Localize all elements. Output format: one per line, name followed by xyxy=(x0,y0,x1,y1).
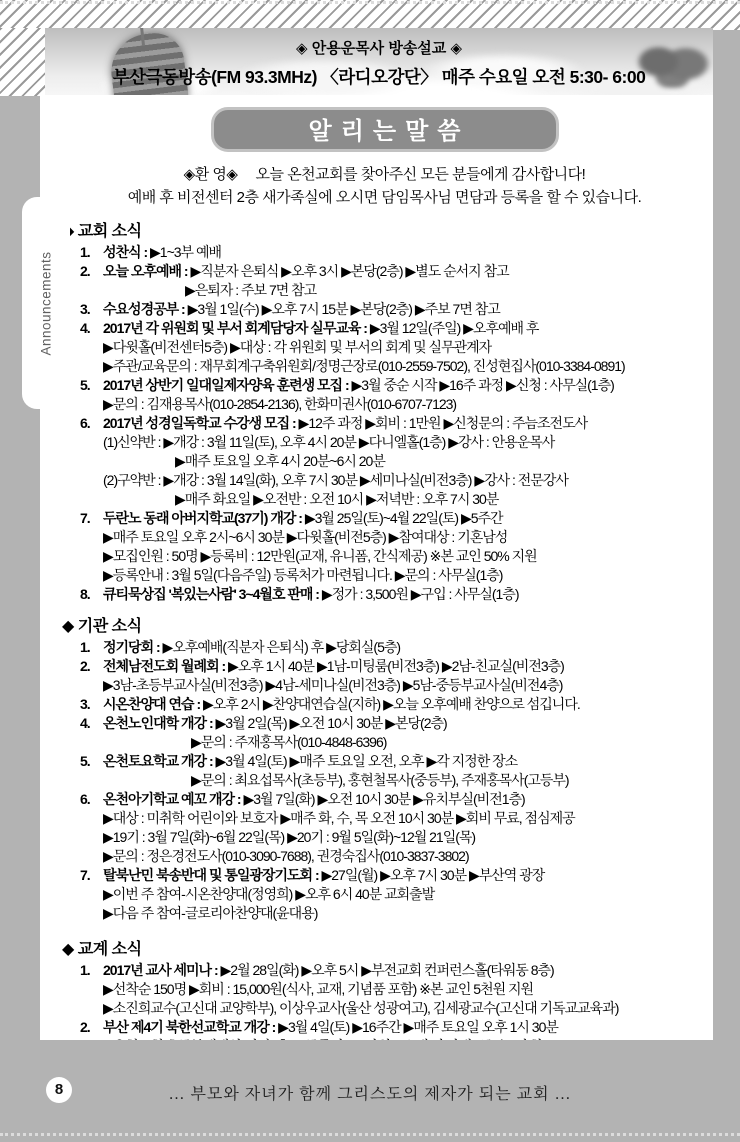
item-detail: ▶3월 12일(주일) ▶오후예배 후 xyxy=(367,320,539,336)
item-number: 8. xyxy=(80,585,103,604)
item-title: 온천아기학교 예꼬 개강 : xyxy=(103,791,241,807)
item-sub-line: ▶매주 토요일 오후 4시 20분~6시 20분 xyxy=(175,452,707,471)
item-sub-line: ▶매주 화요일 ▶오전반 : 오전 10시 ▶저녁반 : 오후 7시 30분 xyxy=(175,490,707,509)
item-number: 4. xyxy=(80,714,103,733)
item-body: 부산 제4기 북한선교학교 개강 : ▶3월 4일(토) ▶16주간 ▶매주 토… xyxy=(103,1018,707,1040)
item-number: 3. xyxy=(80,695,103,714)
item-sub-line: (2)구약반 : ▶개강 : 3월 14일(화), 오후 7시 30분 ▶세미나… xyxy=(103,471,707,490)
item-main-line: 수요성경공부 : ▶3월 1일(수) ▶오후 7시 15분 ▶본당(2층) ▶주… xyxy=(103,300,707,319)
item-detail: ▶3월 25일(토)~4월 22일(토) ▶5주간 xyxy=(302,510,503,526)
item-detail: ▶오후 2시 ▶찬양대연습실(지하) ▶오늘 오후예배 찬양으로 섬깁니다. xyxy=(200,696,580,712)
bulletin-sheet: 알리는말씀 ◈환 영◈ 오늘 온천교회를 찾아주신 모든 분들에게 감사합니다!… xyxy=(40,95,713,1040)
item-number: 2. xyxy=(80,1018,103,1037)
item-main-line: 정기당회 : ▶오후예배(직분자 은퇴식) 후 ▶당회실(5층) xyxy=(103,638,707,657)
item-title: 2017년 상반기 일대일제자양육 훈련생 모집 : xyxy=(103,377,349,393)
item-body: 큐티묵상집 '복있는사람' 3~4월호 판매 : ▶정가 : 3,500원 ▶구… xyxy=(103,585,707,604)
announcement-item: 7.탈북난민 북송반대 및 통일광장기도회 : ▶27일(월) ▶오후 7시 3… xyxy=(80,866,707,923)
announcement-item: 2.전체남전도회 월례회 : ▶오후 1시 40분 ▶1남-미팅룸(비전3층) … xyxy=(80,657,707,695)
announcement-item: 8.큐티묵상집 '복있는사람' 3~4월호 판매 : ▶정가 : 3,500원 … xyxy=(80,585,707,604)
item-detail: ▶3월 2일(목) ▶오전 10시 30분 ▶본당(2층) xyxy=(213,715,447,731)
announcement-sections: ◆ 교회 소식1.성찬식 : ▶1~3부 예배2.오늘 오후예배 : ▶직분자 … xyxy=(62,218,707,1040)
welcome-block: ◈환 영◈ 오늘 온천교회를 찾아주신 모든 분들에게 감사합니다! 예배 후 … xyxy=(62,163,707,209)
item-detail: ▶정가 : 3,500원 ▶구입 : 사무실(1층) xyxy=(319,586,519,602)
announcement-item: 1.2017년 교사 세미나 : ▶2월 28일(화) ▶오후 5시 ▶부전교회… xyxy=(80,961,707,1018)
item-main-line: 전체남전도회 월례회 : ▶오후 1시 40분 ▶1남-미팅룸(비전3층) ▶2… xyxy=(103,657,707,676)
announcement-item: 4.2017년 각 위원회 및 부서 회계담당자 실무교육 : ▶3월 12일(… xyxy=(80,319,707,376)
item-number: 2. xyxy=(80,657,103,676)
item-number: 6. xyxy=(80,414,103,433)
item-number: 1. xyxy=(80,638,103,657)
item-body: 온천아기학교 예꼬 개강 : ▶3월 7일(화) ▶오전 10시 30분 ▶유치… xyxy=(103,790,707,866)
item-detail: ▶3월 7일(화) ▶오전 10시 30분 ▶유치부실(비전1층) xyxy=(241,791,525,807)
item-sub-line: ▶온천교회 초등부예배실(비전3층) ▶등록비 : 15만원 ▶소개 및 안내 … xyxy=(103,1037,707,1040)
item-body: 2017년 상반기 일대일제자양육 훈련생 모집 : ▶3월 중순 시작 ▶16… xyxy=(103,376,707,414)
page-title: 알리는말씀 xyxy=(211,107,559,152)
item-main-line: 온천토요학교 개강 : ▶3월 4일(토) ▶매주 토요일 오전, 오후 ▶각 … xyxy=(103,752,707,771)
item-main-line: 두란노 동래 아버지학교(37기) 개강 : ▶3월 25일(토)~4월 22일… xyxy=(103,509,707,528)
announcement-item: 2.오늘 오후예배 : ▶직분자 은퇴식 ▶오후 3시 ▶본당(2층) ▶별도 … xyxy=(80,262,707,300)
item-title: 시온찬양대 연습 : xyxy=(103,696,200,712)
section: ◆ 교계 소식1.2017년 교사 세미나 : ▶2월 28일(화) ▶오후 5… xyxy=(62,936,707,1040)
item-body: 성찬식 : ▶1~3부 예배 xyxy=(103,243,707,262)
item-sub-line: ▶문의 : 최요섭목사(초등부), 홍현철목사(중등부), 주재홍목사(고등부) xyxy=(191,771,707,790)
announcement-item: 5.온천토요학교 개강 : ▶3월 4일(토) ▶매주 토요일 오전, 오후 ▶… xyxy=(80,752,707,790)
item-detail: ▶직분자 은퇴식 ▶오후 3시 ▶본당(2층) ▶별도 순서지 참고 xyxy=(188,263,509,279)
item-body: 전체남전도회 월례회 : ▶오후 1시 40분 ▶1남-미팅룸(비전3층) ▶2… xyxy=(103,657,707,695)
item-body: 오늘 오후예배 : ▶직분자 은퇴식 ▶오후 3시 ▶본당(2층) ▶별도 순서… xyxy=(103,262,707,300)
item-body: 온천토요학교 개강 : ▶3월 4일(토) ▶매주 토요일 오전, 오후 ▶각 … xyxy=(103,752,707,790)
item-body: 2017년 교사 세미나 : ▶2월 28일(화) ▶오후 5시 ▶부전교회 컨… xyxy=(103,961,707,1018)
item-main-line: 2017년 상반기 일대일제자양육 훈련생 모집 : ▶3월 중순 시작 ▶16… xyxy=(103,376,707,395)
item-detail: ▶3월 4일(토) ▶매주 토요일 오전, 오후 ▶각 지정한 장소 xyxy=(213,753,518,769)
announcement-item: 7.두란노 동래 아버지학교(37기) 개강 : ▶3월 25일(토)~4월 2… xyxy=(80,509,707,585)
item-title: 2017년 교사 세미나 : xyxy=(103,962,218,978)
section-items: 1.정기당회 : ▶오후예배(직분자 은퇴식) 후 ▶당회실(5층)2.전체남전… xyxy=(62,638,707,923)
item-number: 7. xyxy=(80,509,103,528)
announcement-item: 3.시온찬양대 연습 : ▶오후 2시 ▶찬양대연습실(지하) ▶오늘 오후예배… xyxy=(80,695,707,714)
item-sub-line: ▶모집인원 : 50명 ▶등록비 : 12만원(교재, 유니폼, 간식제공) ※… xyxy=(103,547,707,566)
announcement-item: 1.성찬식 : ▶1~3부 예배 xyxy=(80,243,707,262)
sidebar-tab-announcements: Announcements xyxy=(22,197,70,409)
item-title: 두란노 동래 아버지학교(37기) 개강 : xyxy=(103,510,302,526)
header-photo-banner: ◈ 안용운목사 방송설교 ◈ 부산극동방송(FM 93.3MHz) 〈라디오강단… xyxy=(45,28,713,96)
welcome-line-1: ◈환 영◈ 오늘 온천교회를 찾아주신 모든 분들에게 감사합니다! xyxy=(62,163,707,186)
announcement-item: 1.정기당회 : ▶오후예배(직분자 은퇴식) 후 ▶당회실(5층) xyxy=(80,638,707,657)
item-detail: ▶1~3부 예배 xyxy=(147,244,221,260)
item-sub-line: ▶대상 : 미취학 어린이와 보호자 ▶매주 화, 수, 목 오전 10시 30… xyxy=(103,809,707,828)
item-number: 5. xyxy=(80,752,103,771)
item-title: 온천노인대학 개강 : xyxy=(103,715,213,731)
broadcast-schedule: 부산극동방송(FM 93.3MHz) 〈라디오강단〉 매주 수요일 오전 5:3… xyxy=(45,64,713,89)
item-sub-line: ▶다윗홀(비전센터5층) ▶대상 : 각 위원회 및 부서의 회계 및 실무관계… xyxy=(103,338,707,357)
item-detail: ▶27일(월) ▶오후 7시 30분 ▶부산역 광장 xyxy=(319,867,545,883)
item-detail: ▶12주 과정 ▶회비 : 1만원 ▶신청문의 : 주늠조전도사 xyxy=(296,415,587,431)
item-main-line: 성찬식 : ▶1~3부 예배 xyxy=(103,243,707,262)
item-number: 1. xyxy=(80,961,103,980)
section: ◆ 기관 소식1.정기당회 : ▶오후예배(직분자 은퇴식) 후 ▶당회실(5층… xyxy=(62,613,707,923)
item-main-line: 탈북난민 북송반대 및 통일광장기도회 : ▶27일(월) ▶오후 7시 30분… xyxy=(103,866,707,885)
dotted-line-bottom xyxy=(0,1133,740,1136)
announcement-item: 5.2017년 상반기 일대일제자양육 훈련생 모집 : ▶3월 중순 시작 ▶… xyxy=(80,376,707,414)
item-body: 탈북난민 북송반대 및 통일광장기도회 : ▶27일(월) ▶오후 7시 30분… xyxy=(103,866,707,923)
item-title: 성찬식 : xyxy=(103,244,147,260)
item-number: 3. xyxy=(80,300,103,319)
item-sub-line: ▶소진희교수(고신대 교양학부), 이상우교사(울산 성광여고), 김세광교수(… xyxy=(103,999,707,1018)
item-detail: ▶오후 1시 40분 ▶1남-미팅룸(비전3층) ▶2남-친교실(비전3층) xyxy=(225,658,564,674)
announcement-item: 6.온천아기학교 예꼬 개강 : ▶3월 7일(화) ▶오전 10시 30분 ▶… xyxy=(80,790,707,866)
item-number: 2. xyxy=(80,262,103,281)
item-title: 탈북난민 북송반대 및 통일광장기도회 : xyxy=(103,867,319,883)
item-sub-line: ▶등록안내 : 3월 5일(다음주일) 등록처가 마련됩니다. ▶문의 : 사무… xyxy=(103,566,707,585)
broadcast-sermon-title: ◈ 안용운목사 방송설교 ◈ xyxy=(45,37,713,58)
item-sub-line: ▶매주 토요일 오후 2시~6시 30분 ▶다윗홀(비전5층) ▶참여대상 : … xyxy=(103,528,707,547)
item-main-line: 부산 제4기 북한선교학교 개강 : ▶3월 4일(토) ▶16주간 ▶매주 토… xyxy=(103,1018,707,1037)
item-number: 5. xyxy=(80,376,103,395)
item-sub-line: ▶문의 : 주재홍목사(010-4848-6396) xyxy=(191,733,707,752)
item-number: 6. xyxy=(80,790,103,809)
item-main-line: 2017년 각 위원회 및 부서 회계담당자 실무교육 : ▶3월 12일(주일… xyxy=(103,319,707,338)
item-body: 두란노 동래 아버지학교(37기) 개강 : ▶3월 25일(토)~4월 22일… xyxy=(103,509,707,585)
item-sub-line: ▶문의 : 김재용목사(010-2854-2136), 한화미권사(010-67… xyxy=(103,395,707,414)
item-main-line: 온천노인대학 개강 : ▶3월 2일(목) ▶오전 10시 30분 ▶본당(2층… xyxy=(103,714,707,733)
item-main-line: 온천아기학교 예꼬 개강 : ▶3월 7일(화) ▶오전 10시 30분 ▶유치… xyxy=(103,790,707,809)
item-sub-line: ▶문의 : 정은경전도사(010-3090-7688), 권경숙집사(010-3… xyxy=(103,847,707,866)
announcement-item: 2.부산 제4기 북한선교학교 개강 : ▶3월 4일(토) ▶16주간 ▶매주… xyxy=(80,1018,707,1040)
item-title: 부산 제4기 북한선교학교 개강 : xyxy=(103,1019,275,1035)
announcement-item: 3.수요성경공부 : ▶3월 1일(수) ▶오후 7시 15분 ▶본당(2층) … xyxy=(80,300,707,319)
item-title: 정기당회 : xyxy=(103,639,160,655)
item-sub-line: ▶3남-초등부교사실(비전3층) ▶4남-세미나실(비전3층) ▶5남-중등부교… xyxy=(103,676,707,695)
item-sub-line: (1)신약반 : ▶개강 : 3월 11일(토), 오후 4시 20분 ▶다니엘… xyxy=(103,433,707,452)
item-body: 2017년 각 위원회 및 부서 회계담당자 실무교육 : ▶3월 12일(주일… xyxy=(103,319,707,376)
section-title: ◆ 기관 소식 xyxy=(62,613,707,636)
item-detail: ▶오후예배(직분자 은퇴식) 후 ▶당회실(5층) xyxy=(160,639,400,655)
item-main-line: 2017년 성경일독학교 수강생 모집 : ▶12주 과정 ▶회비 : 1만원 … xyxy=(103,414,707,433)
header-text: ◈ 안용운목사 방송설교 ◈ 부산극동방송(FM 93.3MHz) 〈라디오강단… xyxy=(45,28,713,89)
item-title: 온천토요학교 개강 : xyxy=(103,753,213,769)
announcement-item: 4.온천노인대학 개강 : ▶3월 2일(목) ▶오전 10시 30분 ▶본당(… xyxy=(80,714,707,752)
item-sub-line: ▶다음 주 참여-글로리아찬양대(윤대용) xyxy=(103,904,707,923)
item-title: 전체남전도회 월례회 : xyxy=(103,658,225,674)
item-body: 2017년 성경일독학교 수강생 모집 : ▶12주 과정 ▶회비 : 1만원 … xyxy=(103,414,707,509)
item-sub-line: ▶이번 주 참여-시온찬양대(정영희) ▶오후 6시 40분 교회출발 xyxy=(103,885,707,904)
announcement-item: 6.2017년 성경일독학교 수강생 모집 : ▶12주 과정 ▶회비 : 1만… xyxy=(80,414,707,509)
item-number: 1. xyxy=(80,243,103,262)
item-title: 큐티묵상집 '복있는사람' 3~4월호 판매 : xyxy=(103,586,319,602)
item-title: 2017년 각 위원회 및 부서 회계담당자 실무교육 : xyxy=(103,320,367,336)
section-items: 1.2017년 교사 세미나 : ▶2월 28일(화) ▶오후 5시 ▶부전교회… xyxy=(62,961,707,1040)
section: ◆ 교회 소식1.성찬식 : ▶1~3부 예배2.오늘 오후예배 : ▶직분자 … xyxy=(62,218,707,604)
item-main-line: 2017년 교사 세미나 : ▶2월 28일(화) ▶오후 5시 ▶부전교회 컨… xyxy=(103,961,707,980)
section-title: ◆ 교회 소식 xyxy=(62,218,707,241)
item-main-line: 오늘 오후예배 : ▶직분자 은퇴식 ▶오후 3시 ▶본당(2층) ▶별도 순서… xyxy=(103,262,707,281)
hatch-pattern-top xyxy=(0,0,740,30)
section-items: 1.성찬식 : ▶1~3부 예배2.오늘 오후예배 : ▶직분자 은퇴식 ▶오후… xyxy=(62,243,707,604)
item-body: 온천노인대학 개강 : ▶3월 2일(목) ▶오전 10시 30분 ▶본당(2층… xyxy=(103,714,707,752)
item-number: 4. xyxy=(80,319,103,338)
item-title: 2017년 성경일독학교 수강생 모집 : xyxy=(103,415,296,431)
item-body: 수요성경공부 : ▶3월 1일(수) ▶오후 7시 15분 ▶본당(2층) ▶주… xyxy=(103,300,707,319)
section-title: ◆ 교계 소식 xyxy=(62,936,707,959)
sidebar-tab-label: Announcements xyxy=(39,251,54,355)
item-body: 시온찬양대 연습 : ▶오후 2시 ▶찬양대연습실(지하) ▶오늘 오후예배 찬… xyxy=(103,695,707,714)
item-sub-line: ▶19기 : 3월 7일(화)~6월 22일(목) ▶20기 : 9월 5일(화… xyxy=(103,828,707,847)
item-title: 수요성경공부 : xyxy=(103,301,185,317)
item-number: 7. xyxy=(80,866,103,885)
item-detail: ▶3월 중순 시작 ▶16주 과정 ▶신청 : 사무실(1층) xyxy=(349,377,614,393)
item-sub-line: ▶은퇴자 : 주보 7면 참고 xyxy=(185,281,707,300)
dotted-line-top xyxy=(0,1,740,4)
item-sub-line: ▶주관/교육문의 : 재무회계구축위원회/정명근장로(010-2559-7502… xyxy=(103,357,707,376)
item-body: 정기당회 : ▶오후예배(직분자 은퇴식) 후 ▶당회실(5층) xyxy=(103,638,707,657)
item-main-line: 시온찬양대 연습 : ▶오후 2시 ▶찬양대연습실(지하) ▶오늘 오후예배 찬… xyxy=(103,695,707,714)
item-title: 오늘 오후예배 : xyxy=(103,263,188,279)
item-detail: ▶3월 4일(토) ▶16주간 ▶매주 토요일 오후 1시 30분 xyxy=(275,1019,558,1035)
hatch-pattern-left xyxy=(0,28,46,96)
item-detail: ▶2월 28일(화) ▶오후 5시 ▶부전교회 컨퍼런스홀(타워동 8층) xyxy=(218,962,554,978)
item-detail: ▶3월 1일(수) ▶오후 7시 15분 ▶본당(2층) ▶주보 7면 참고 xyxy=(185,301,500,317)
welcome-line-2: 예배 후 비전센터 2층 새가족실에 오시면 담임목사님 면담과 등록을 할 수… xyxy=(62,186,707,209)
item-sub-line: ▶선착순 150명 ▶회비 : 15,000원(식사, 교재, 기념품 포함) … xyxy=(103,980,707,999)
item-main-line: 큐티묵상집 '복있는사람' 3~4월호 판매 : ▶정가 : 3,500원 ▶구… xyxy=(103,585,707,604)
footer-motto: … 부모와 자녀가 함께 그리스도의 제자가 되는 교회 … xyxy=(0,1081,740,1104)
